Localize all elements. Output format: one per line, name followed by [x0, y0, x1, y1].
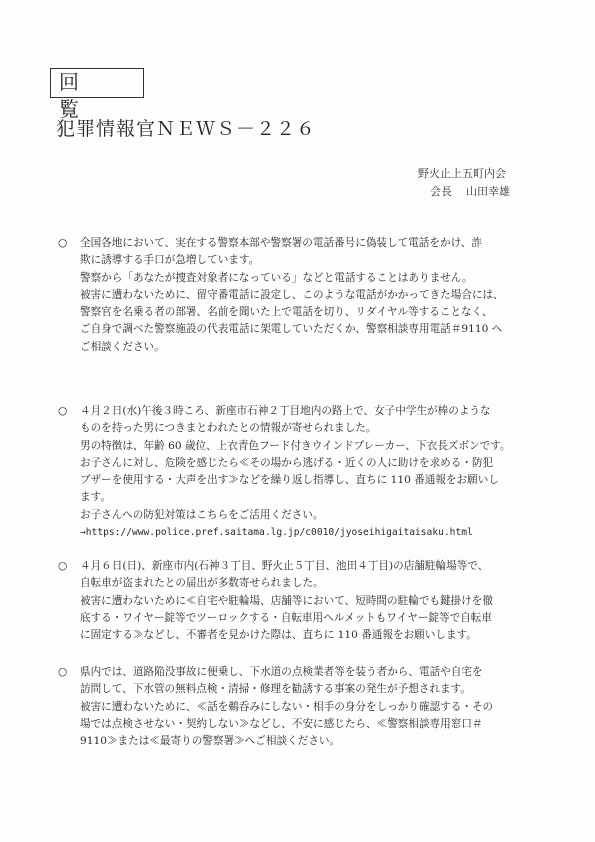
section-line: ものを持った男につきまとわれたとの情報が寄せられました。	[58, 420, 558, 437]
section-line: 被害に遭わないために、≪話を鵜呑みにしない・相手の身分をしっかり確認する・その	[58, 699, 558, 716]
notice-section-bicycle-theft: ○４月６日(日)、新座市内(石神３丁目、野火止５丁目、池田４丁目)の店舗駐輪場等…	[58, 558, 558, 644]
section-line: ご自身で調べた警察施設の代表電話に架電していただくか、警察相談専用電話＃9110…	[58, 321, 558, 338]
bullet-icon: ○	[58, 403, 80, 420]
section-line: ます。	[58, 489, 558, 506]
chair-line: 会長山田幸雄	[418, 183, 510, 201]
section-line: 場では点検させない・契約しない≫などし、不安に感じたら、≪警察相談専用窓口＃	[58, 716, 558, 733]
section-line: 自転車が盗まれたとの届出が多数寄せられました。	[58, 575, 558, 592]
section-line: 底する・ワイヤー錠等でツーロックする・自転車用ヘルメットもワイヤー錠等で自転車	[58, 610, 558, 627]
police-link[interactable]: →https://www.police.pref.saitama.lg.jp/c…	[58, 524, 558, 541]
notice-section-phone-fraud: ○全国各地において、実在する警察本部や警察署の電話番号に偽装して電話をかけ、詐 …	[58, 235, 558, 356]
issuer-block: 野火止上五町内会 会長山田幸雄	[418, 165, 510, 201]
section-line: ブザーを使用する・大声を出す≫などを繰り返し指導し、直ちに 110 番通報をお願…	[58, 472, 558, 489]
page-title: 犯罪情報官ＮＥＷＳ－２２６	[56, 114, 316, 141]
circular-label: 回 覧	[50, 68, 144, 98]
section-line: 9110≫または≪最寄りの警察署≫へご相談ください。	[58, 733, 558, 750]
section-line: 訪問して、下水管の無料点検・清掃・修理を勧誘する事案の発生が予想されます。	[58, 681, 558, 698]
organization-name: 野火止上五町内会	[418, 165, 510, 183]
section-line: 警察官を名乗る者の部署、名前を聞いた上で電話を切り、リダイヤル等することなく、	[58, 304, 558, 321]
section-line: 欺に誘導する手口が急増しています。	[58, 252, 558, 269]
notice-section-sewer-scam: ○県内では、道路陥没事故に便乗し、下水道の点検業者等を装う者から、電話や自宅を …	[58, 664, 558, 750]
bullet-icon: ○	[58, 235, 80, 252]
notice-section-stalking: ○４月２日(水)午後３時ころ、新座市石神２丁目地内の路上で、女子中学生が棒のよう…	[58, 403, 558, 541]
section-line: ４月２日(水)午後３時ころ、新座市石神２丁目地内の路上で、女子中学生が棒のような	[80, 403, 491, 420]
chair-name: 山田幸雄	[466, 185, 510, 198]
section-line: 全国各地において、実在する警察本部や警察署の電話番号に偽装して電話をかけ、詐	[80, 235, 482, 252]
section-line: お子さんに対し、危険を感じたら≪その場から逃げる・近くの人に助けを求める・防犯	[58, 455, 558, 472]
section-line: に固定する≫などし、不審者を見かけた際は、直ちに 110 番通報をお願いします。	[58, 627, 558, 644]
section-line: 男の特徴は、年齢 60 歳位、上衣青色フード付きウインドブレーカー、下衣長ズボン…	[58, 438, 558, 455]
bullet-icon: ○	[58, 664, 80, 681]
section-line: 被害に遭わないために、留守番電話に設定し、このような電話がかかってきた場合には、	[58, 287, 558, 304]
section-line: ４月６日(日)、新座市内(石神３丁目、野火止５丁目、池田４丁目)の店舗駐輪場等で…	[80, 558, 488, 575]
section-line: お子さんへの防犯対策はこちらをご活用ください。	[58, 507, 558, 524]
chair-title: 会長	[430, 185, 452, 198]
bullet-icon: ○	[58, 558, 80, 575]
section-line: 被害に遭わないために≪自宅や駐輪場、店舗等において、短時間の駐輪でも鍵掛けを徹	[58, 593, 558, 610]
section-line: 県内では、道路陥没事故に便乗し、下水道の点検業者等を装う者から、電話や自宅を	[80, 664, 483, 681]
section-line: 警察から「あなたが捜査対象者になっている」などと電話することはありません。	[58, 270, 558, 287]
section-line: ご相談ください。	[58, 339, 558, 356]
